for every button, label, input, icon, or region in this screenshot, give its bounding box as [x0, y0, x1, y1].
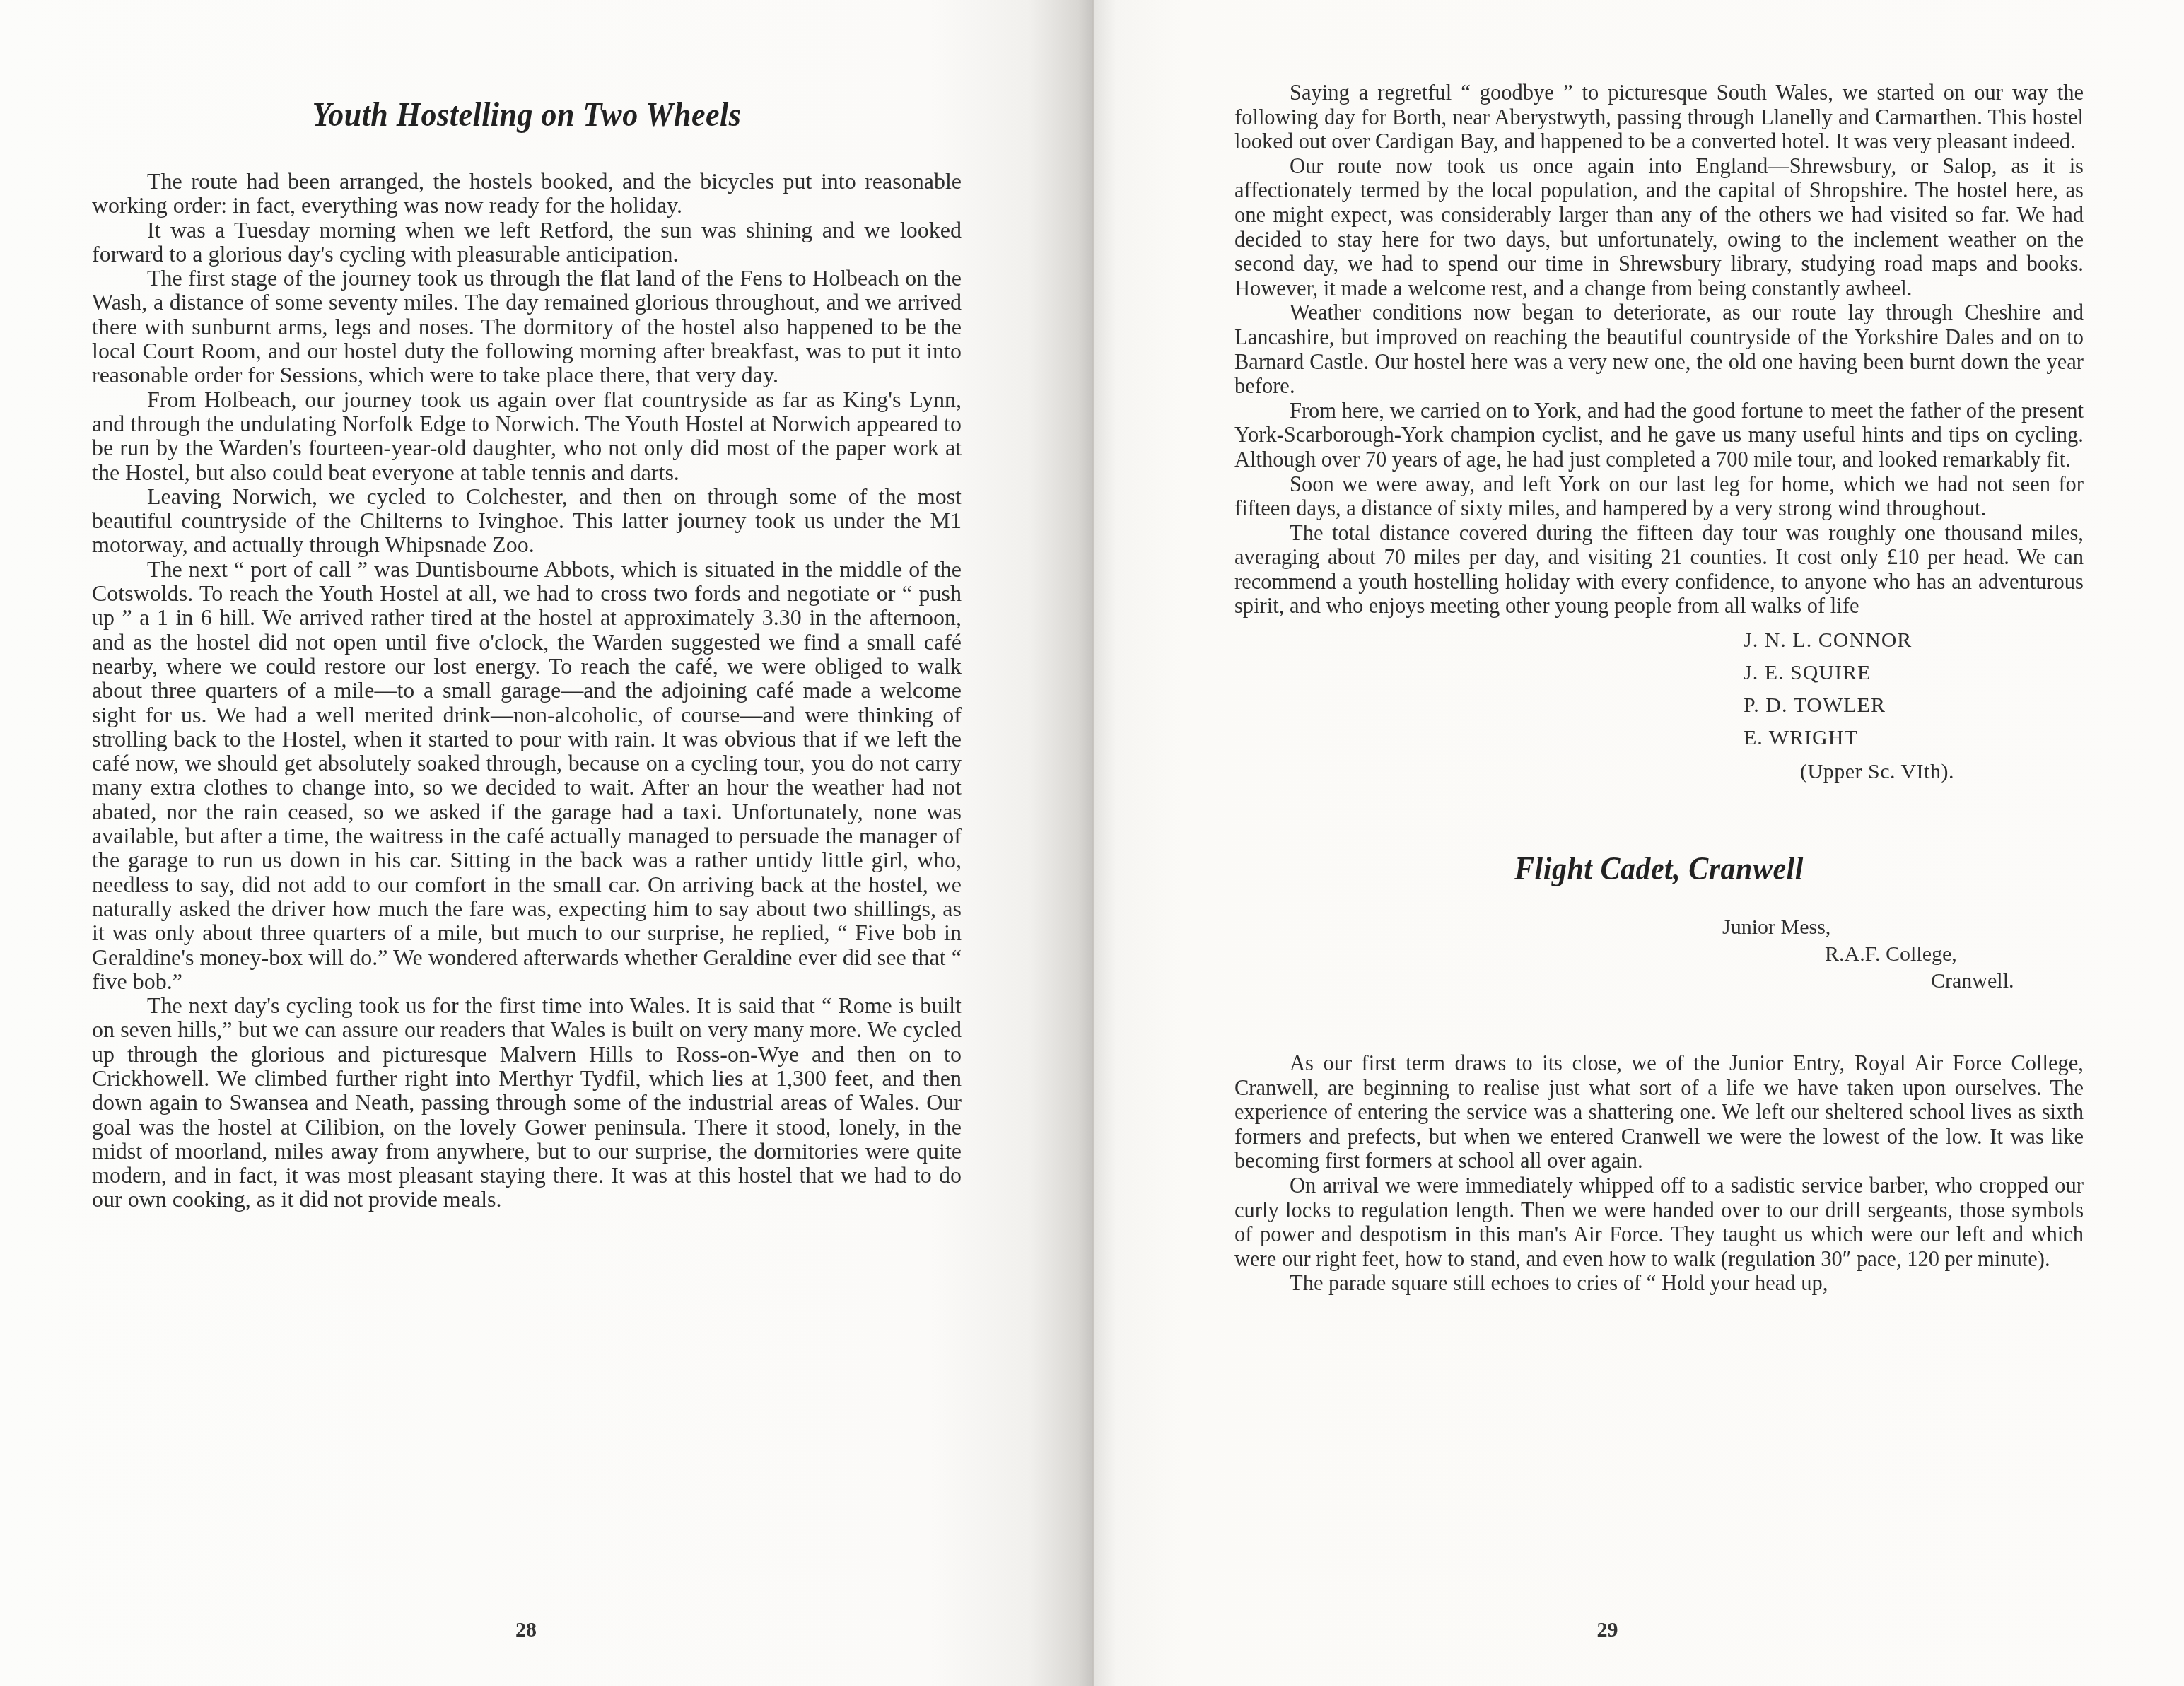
address-line: R.A.F. College, — [1234, 941, 2084, 968]
paragraph: On arrival we were immediately whipped o… — [1234, 1173, 2084, 1271]
page-number: 29 — [1094, 1618, 2184, 1642]
article-body-continued: Saying a regretful “ goodbye ” to pictur… — [1234, 16, 2084, 619]
sender-address: Junior Mess, R.A.F. College, Cranwell. — [1234, 914, 2084, 995]
paragraph: The total distance covered during the fi… — [1234, 521, 2084, 619]
paragraph: The next “ port of call ” was Duntisbour… — [92, 557, 962, 993]
paragraph: From Holbeach, our journey took us again… — [92, 387, 962, 484]
paragraph: It was a Tuesday morning when we left Re… — [92, 218, 962, 267]
paragraph: The next day's cycling took us for the f… — [92, 993, 962, 1212]
left-page: Youth Hostelling on Two Wheels The route… — [0, 0, 1094, 1686]
paragraph: Our route now took us once again into En… — [1234, 154, 2084, 301]
paragraph: The route had been arranged, the hostels… — [92, 169, 962, 218]
page-number: 28 — [0, 1618, 1094, 1642]
paragraph: Weather conditions now began to deterior… — [1234, 300, 2084, 398]
section-body: As our first term draws to its close, we… — [1234, 1051, 2084, 1296]
article-body: The route had been arranged, the hostels… — [92, 169, 962, 1212]
paragraph: Saying a regretful “ goodbye ” to pictur… — [1234, 81, 2084, 154]
paragraph: The parade square still echoes to cries … — [1234, 1271, 2084, 1296]
paragraph: As our first term draws to its close, we… — [1234, 1051, 2084, 1173]
author-form: (Upper Sc. VIth). — [1744, 754, 2084, 790]
paragraph: Soon we were away, and left York on our … — [1234, 472, 2084, 521]
address-line: Junior Mess, — [1234, 914, 2084, 941]
paragraph: The first stage of the journey took us t… — [92, 266, 962, 387]
book-spread: Youth Hostelling on Two Wheels The route… — [0, 0, 2184, 1686]
article-title: Youth Hostelling on Two Wheels — [92, 94, 962, 134]
paragraph: Leaving Norwich, we cycled to Colchester… — [92, 484, 962, 557]
right-page: Saying a regretful “ goodbye ” to pictur… — [1094, 0, 2184, 1686]
author-name: J. E. SQUIRE — [1744, 657, 2084, 689]
address-line: Cranwell. — [1234, 968, 2084, 995]
section-title: Flight Cadet, Cranwell — [1234, 850, 2084, 888]
author-name: J. N. L. CONNOR — [1744, 624, 2084, 657]
paragraph: From here, we carried on to York, and ha… — [1234, 399, 2084, 472]
author-name: P. D. TOWLER — [1744, 689, 2084, 722]
author-signatures: J. N. L. CONNOR J. E. SQUIRE P. D. TOWLE… — [1234, 624, 2084, 790]
author-name: E. WRIGHT — [1744, 722, 2084, 754]
